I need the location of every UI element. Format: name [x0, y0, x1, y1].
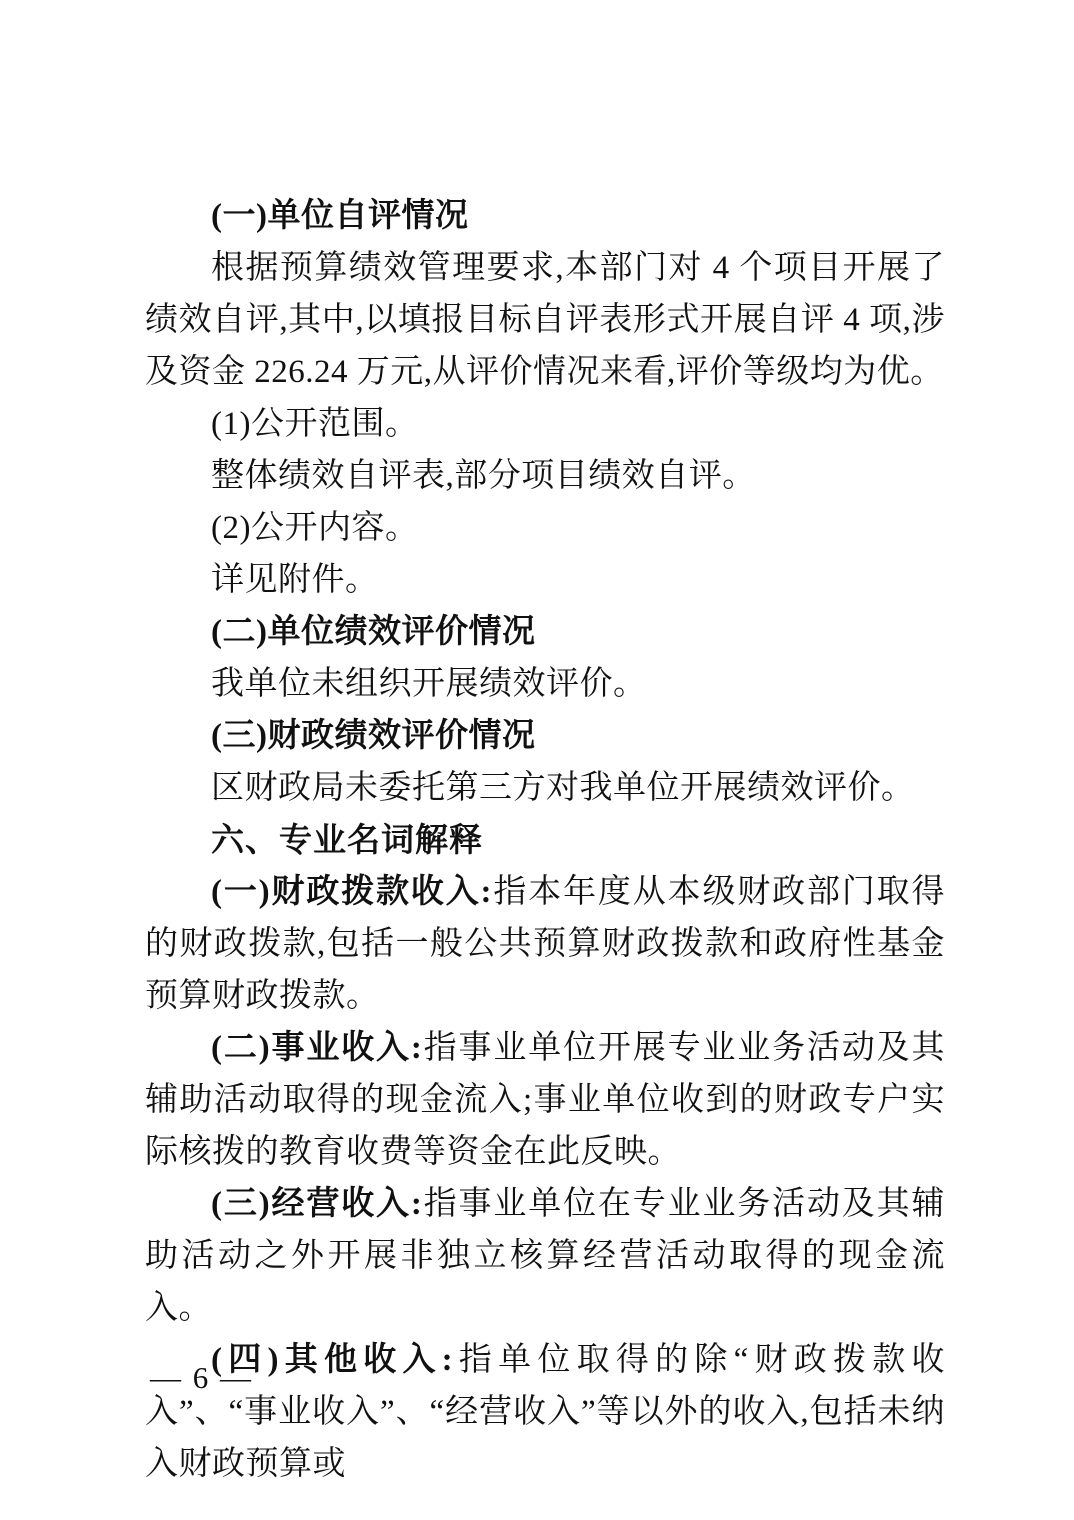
paragraph: (2)公开内容。: [145, 502, 945, 554]
paragraph: (四)其他收入:指单位取得的除“财政拨款收入”、“事业收入”、“经营收入”等以外…: [145, 1334, 945, 1490]
bold-text-segment: (一)单位自评情况: [211, 198, 468, 234]
text-segment: (1)公开范围。: [211, 406, 418, 442]
paragraph: 区财政局未委托第三方对我单位开展绩效评价。: [145, 762, 945, 814]
bold-text-segment: (二)事业收入:: [211, 1030, 422, 1066]
page-footer: — 6 —: [150, 1358, 253, 1398]
text-segment: 根据预算绩效管理要求,本部门对 4 个项目开展了绩效自评,其中,以填报目标自评表…: [145, 250, 945, 390]
paragraph: (1)公开范围。: [145, 398, 945, 450]
text-segment: 详见附件。: [211, 562, 379, 598]
section-heading: 六、专业名词解释: [145, 814, 945, 866]
paragraph: 整体绩效自评表,部分项目绩效自评。: [145, 450, 945, 502]
paragraph: (二)事业收入:指事业单位开展专业业务活动及其辅助活动取得的现金流入;事业单位收…: [145, 1022, 945, 1178]
paragraph: (一)财政拨款收入:指本年度从本级财政部门取得的财政拨款,包括一般公共预算财政拨…: [145, 866, 945, 1022]
page-number: — 6 —: [150, 1360, 253, 1395]
text-segment: 区财政局未委托第三方对我单位开展绩效评价。: [211, 770, 915, 806]
bold-text-segment: (三)财政绩效评价情况: [211, 718, 535, 754]
paragraph: 我单位未组织开展绩效评价。: [145, 658, 945, 710]
paragraph: (三)经营收入:指事业单位在专业业务活动及其辅助活动之外开展非独立核算经营活动取…: [145, 1178, 945, 1334]
bold-text-segment: (二)单位绩效评价情况: [211, 614, 535, 650]
sub-heading: (一)单位自评情况: [145, 190, 945, 242]
text-segment: 我单位未组织开展绩效评价。: [211, 666, 647, 702]
text-segment: (2)公开内容。: [211, 510, 418, 546]
document-body: (一)单位自评情况根据预算绩效管理要求,本部门对 4 个项目开展了绩效自评,其中…: [145, 190, 945, 1490]
paragraph: 根据预算绩效管理要求,本部门对 4 个项目开展了绩效自评,其中,以填报目标自评表…: [145, 242, 945, 398]
sub-heading: (二)单位绩效评价情况: [145, 606, 945, 658]
paragraph: 详见附件。: [145, 554, 945, 606]
bold-text-segment: (一)财政拨款收入:: [211, 874, 492, 910]
bold-text-segment: (三)经营收入:: [211, 1186, 422, 1222]
text-segment: 整体绩效自评表,部分项目绩效自评。: [211, 458, 756, 494]
bold-text-segment: 六、专业名词解释: [211, 821, 483, 858]
sub-heading: (三)财政绩效评价情况: [145, 710, 945, 762]
